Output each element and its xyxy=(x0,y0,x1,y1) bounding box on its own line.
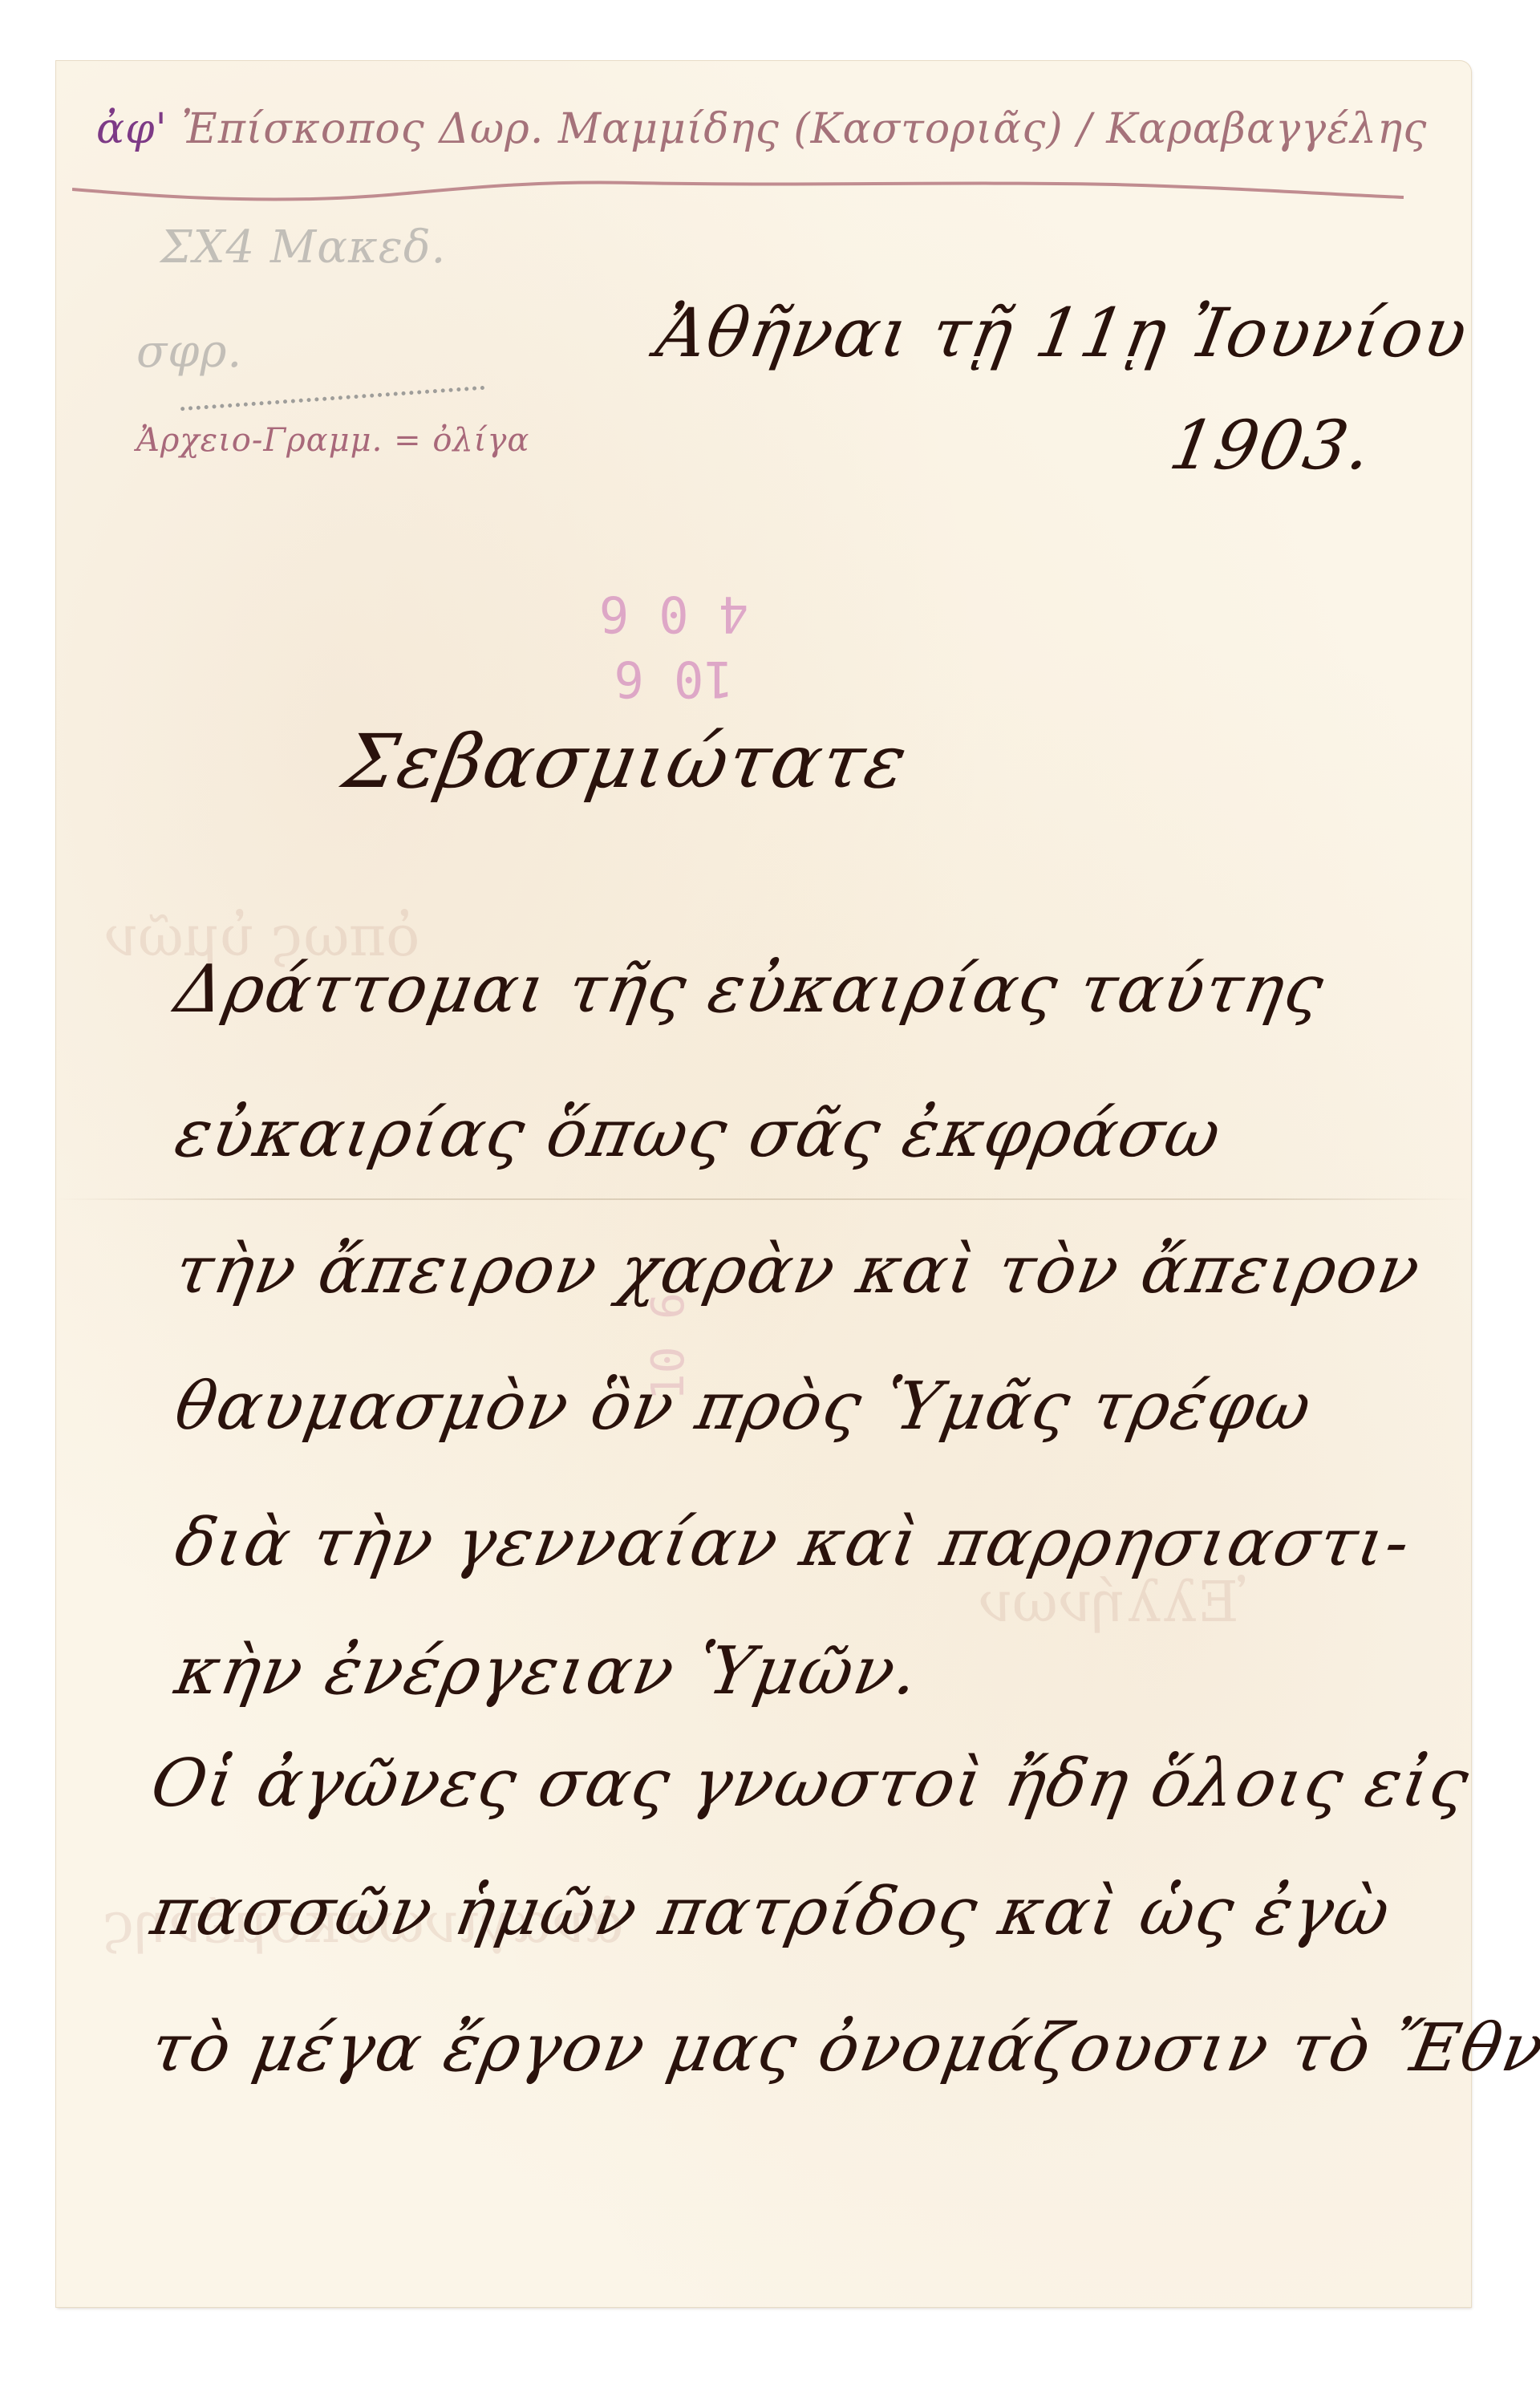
pencil-note: σφρ. xyxy=(136,326,242,378)
letter-line: Οἱ ἀγῶνες σας γνωστοὶ ἤδη ὅλοις εἰς xyxy=(146,1745,1476,1822)
letter-line: διὰ τὴν γενναίαν καὶ παρρησιαστι- xyxy=(170,1505,1417,1581)
archival-note-violet: Ἀρχειο-Γραμμ. = ὀλίγα xyxy=(136,422,529,459)
archival-annotation-top: ἀφ' Ἐπίσκοπος Δωρ. Μαμμίδης (Καστοριᾶς) … xyxy=(96,105,1427,153)
letter-line: εὐκαιρίας ὅπως σᾶς ἐκφράσω xyxy=(170,1096,1228,1172)
letter-line: πασσῶν ἡμῶν πατρίδος καὶ ὡς ἐγὼ xyxy=(146,1874,1397,1950)
letter-date: Ἀθῆναι τῇ 11ῃ Ἰουνίου xyxy=(650,294,1474,372)
pencil-underline xyxy=(180,386,485,417)
letter-salutation: Σεβασμιώτατε xyxy=(338,719,915,805)
ink-stamp: 10 6 4 0 6 xyxy=(569,534,778,711)
letter-line: θαυμασμὸν ὃν πρὸς Ὑμᾶς τρέφω xyxy=(170,1368,1319,1445)
letter-page: ὁπως ὑμῶν Ἑλλήνων ἀναγινωσκομένης ἀφ' Ἐπ… xyxy=(56,61,1471,2307)
letter-year: 1903. xyxy=(1164,406,1379,485)
letter-line: τὸ μέγα ἔργον μας ὀνομάζουσιν τὸ Ἔθνος xyxy=(146,2010,1540,2086)
annotation-underline xyxy=(72,173,1404,205)
letter-line: τὴν ἄπειρον χαρὰν καὶ τὸν ἄπειρον xyxy=(170,1232,1427,1308)
letter-line: κὴν ἐνέργειαν Ὑμῶν. xyxy=(170,1633,926,1709)
letter-line: Δράττομαι τῆς εὐκαιρίας ταύτης xyxy=(170,951,1331,1028)
pencil-note: ΣΧ4 Μακεδ. xyxy=(160,221,446,274)
